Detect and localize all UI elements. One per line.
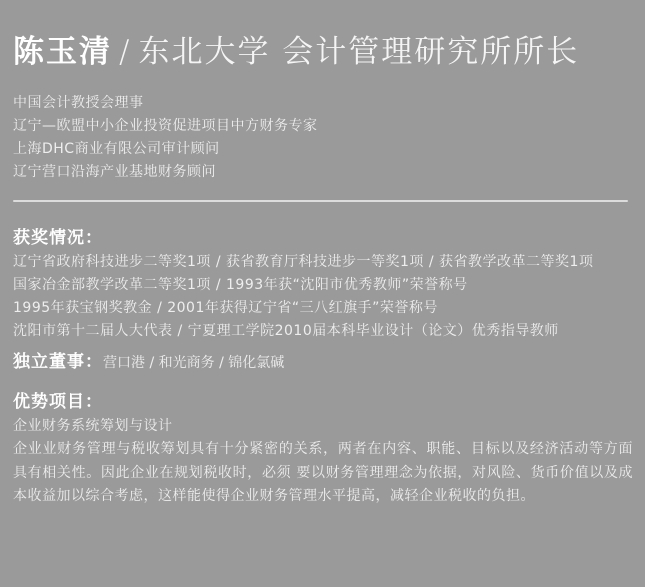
page-title: 陈玉清/东北大学 会计管理研究所所长 [13, 33, 632, 71]
independent-director-value: 营口港 / 和光商务 / 锦化氯碱 [103, 355, 284, 371]
person-role: 东北大学 会计管理研究所所长 [138, 34, 579, 70]
credential-line: 辽宁营口沿海产业基地财务顾问 [13, 161, 632, 184]
credentials-list: 中国会计教授会理事 辽宁—欧盟中小企业投资促进项目中方财务专家 上海DHC商业有… [13, 92, 632, 184]
profile-page: 陈玉清/东北大学 会计管理研究所所长 中国会计教授会理事 辽宁—欧盟中小企业投资… [0, 0, 645, 587]
award-line: 辽宁省政府科技进步二等奖1项 / 获省教育厅科技进步一等奖1项 / 获省教学改革… [13, 251, 632, 274]
advantage-subtitle: 企业财务系统筹划与设计 [13, 415, 632, 438]
advantage-heading: 优势项目： [13, 392, 632, 412]
credential-line: 上海DHC商业有限公司审计顾问 [13, 138, 632, 161]
independent-director-line: 独立董事：营口港 / 和光商务 / 锦化氯碱 [13, 351, 632, 375]
advantage-paragraph: 企业业财务管理与税收筹划具有十分紧密的关系，两者在内容、职能、目标以及经济活动等… [13, 438, 633, 509]
independent-director-label: 独立董事： [13, 352, 103, 372]
awards-heading: 获奖情况： [13, 228, 632, 248]
award-line: 1995年获宝钢奖教金 / 2001年获得辽宁省“三八红旗手”荣誉称号 [13, 297, 632, 320]
awards-list: 辽宁省政府科技进步二等奖1项 / 获省教育厅科技进步一等奖1项 / 获省教学改革… [13, 251, 632, 343]
credential-line: 中国会计教授会理事 [13, 92, 632, 115]
credential-line: 辽宁—欧盟中小企业投资促进项目中方财务专家 [13, 115, 632, 138]
title-separator: / [119, 34, 131, 70]
section-divider [13, 200, 628, 202]
person-name: 陈玉清 [13, 34, 112, 70]
award-line: 沈阳市第十二届人大代表 / 宁夏理工学院2010届本科毕业设计（论文）优秀指导教… [13, 320, 632, 343]
award-line: 国家冶金部教学改革二等奖1项 / 1993年获“沈阳市优秀教师”荣誉称号 [13, 274, 632, 297]
